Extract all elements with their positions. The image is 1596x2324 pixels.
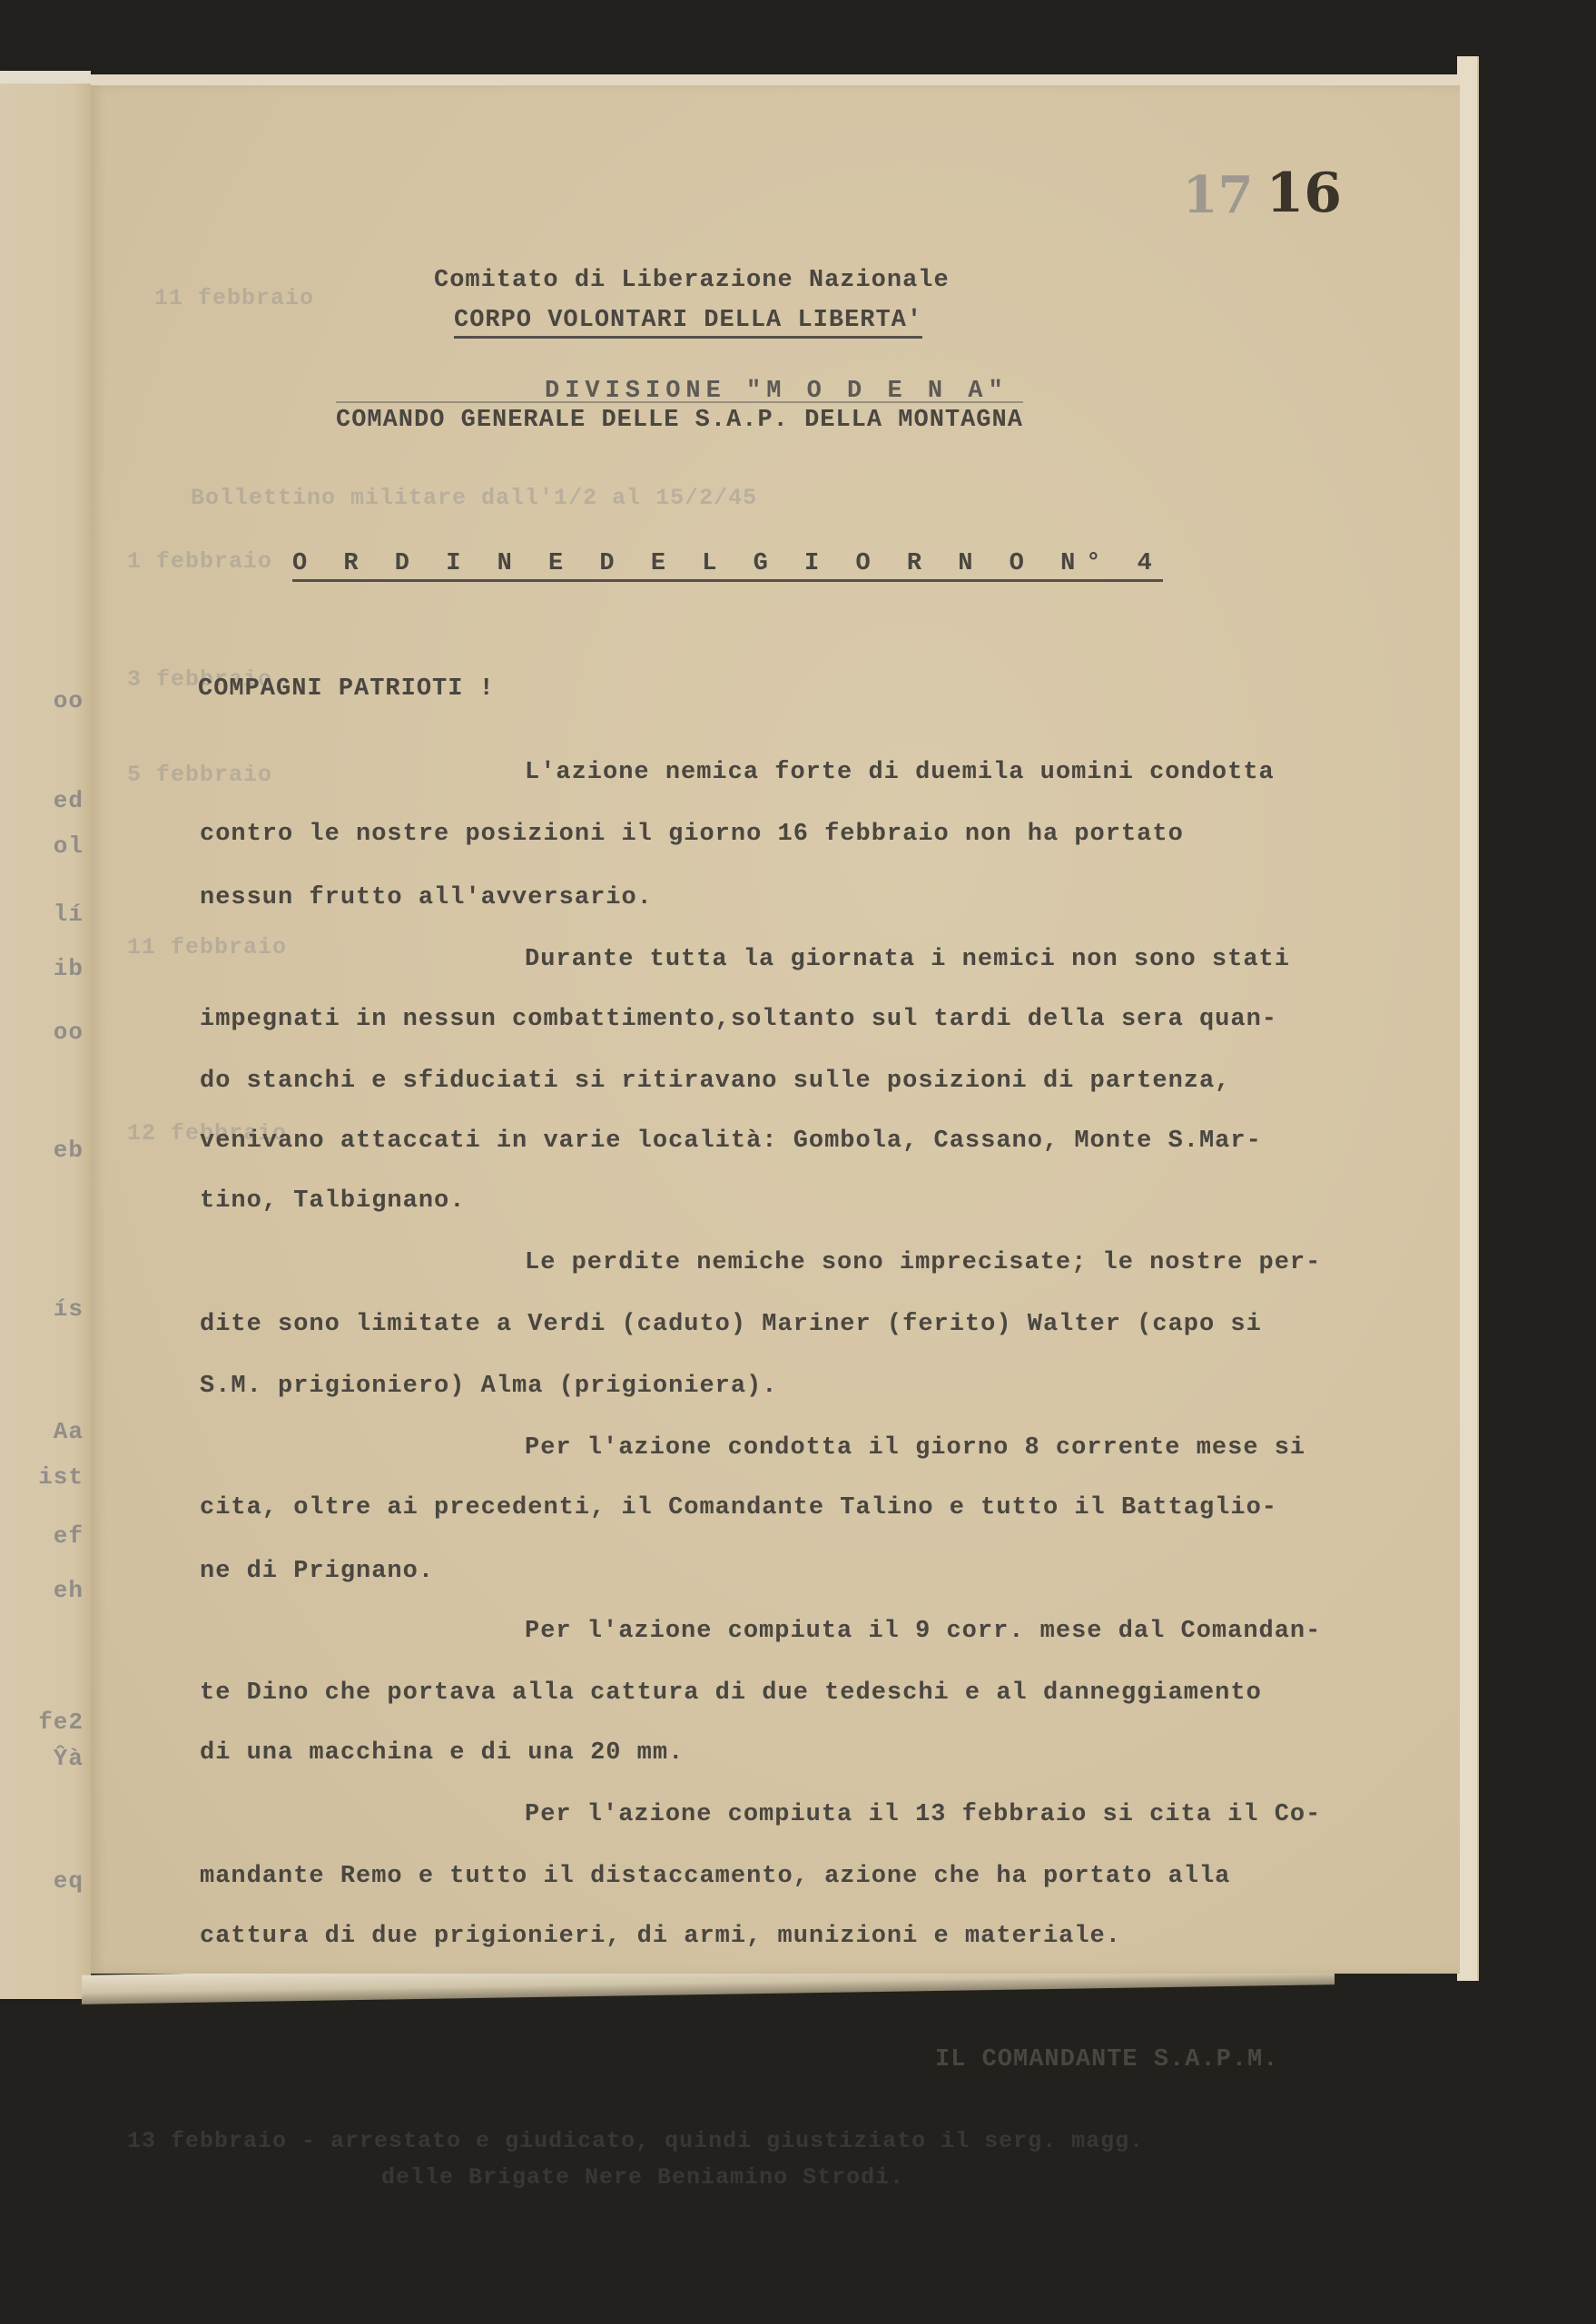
body-line: Per l'azione condotta il giorno 8 corren… <box>525 1434 1305 1462</box>
body-line: do stanchi e sfiduciati si ritiravano su… <box>200 1068 1230 1095</box>
body-line: dite sono limitate a Verdi (caduto) Mari… <box>200 1311 1262 1338</box>
body-line: Per l'azione compiuta il 9 corr. mese da… <box>525 1618 1321 1645</box>
body-line: venivano attaccati in varie località: Go… <box>200 1128 1262 1155</box>
body-line: Per l'azione compiuta il 13 febbraio si … <box>525 1801 1321 1828</box>
page-number: 16 <box>1266 162 1343 225</box>
body-line: te Dino che portava alla cattura di due … <box>200 1679 1262 1707</box>
margin-fragment: Ŷà <box>54 1745 84 1772</box>
header-command: COMANDO GENERALE DELLE S.A.P. DELLA MONT… <box>336 401 1023 434</box>
body-line: di una macchina e di una 20 mm. <box>200 1739 684 1767</box>
body-line: tino, Talbignano. <box>200 1187 465 1215</box>
margin-fragment: Aa <box>54 1418 84 1445</box>
margin-fragment: oo <box>54 687 84 714</box>
margin-fragment: ef <box>54 1522 84 1550</box>
body-line: nessun frutto all'avversario. <box>200 884 653 911</box>
page-number-stamp: 17 16 <box>1183 162 1342 225</box>
body-line: cita, oltre ai precedenti, il Comandante… <box>200 1494 1277 1521</box>
body-line: Durante tutta la giornata i nemici non s… <box>525 946 1290 973</box>
bleed-through-text: 11 febbraio <box>127 934 287 960</box>
body-line: cattura di due prigionieri, di armi, mun… <box>200 1923 1121 1950</box>
page-stack-right-edge <box>1457 56 1479 1981</box>
body-line: L'azione nemica forte di duemila uomini … <box>525 759 1275 786</box>
bleed-through-text: 11 febbraio <box>154 285 314 311</box>
salutation: COMPAGNI PATRIOTI ! <box>198 675 495 703</box>
margin-fragment: ib <box>54 955 84 982</box>
margin-fragment: eq <box>54 1867 84 1895</box>
margin-fragment: ís <box>54 1295 84 1323</box>
header-corps: CORPO VOLONTARI DELLA LIBERTA' <box>454 307 922 339</box>
margin-fragment: ed <box>54 787 84 814</box>
bleed-through-text: 1 febbraio <box>127 548 272 575</box>
body-line: S.M. prigioniero) Alma (prigioniera). <box>200 1373 778 1400</box>
margin-fragment: eb <box>54 1137 84 1164</box>
margin-fragment: eh <box>54 1577 84 1604</box>
faint-page-number: 17 <box>1183 165 1254 225</box>
header-committee: Comitato di Liberazione Nazionale <box>434 267 950 294</box>
previous-page-edge: oo ed ol lí ib oo eb ís Aa ist ef eh fe2… <box>0 71 91 1999</box>
margin-fragment: ist <box>38 1463 84 1491</box>
bleed-through-text: Bollettino militare dall'1/2 al 15/2/45 <box>191 485 757 511</box>
document-page: 11 febbraio Bollettino militare dall'1/2… <box>91 74 1460 1974</box>
body-line: Le perdite nemiche sono imprecisate; le … <box>525 1249 1321 1276</box>
margin-fragment: lí <box>54 901 84 928</box>
body-line: impegnati in nessun combattimento,soltan… <box>200 1006 1277 1033</box>
margin-fragment: oo <box>54 1019 84 1046</box>
margin-fragment: ol <box>54 832 84 860</box>
bleed-through-text: 13 febbraio - arrestato e giudicato, qui… <box>127 2128 1144 2154</box>
signature: IL COMANDANTE S.A.P.M. <box>935 2046 1278 2073</box>
body-line: ne di Prignano. <box>200 1558 434 1585</box>
document-title: O R D I N E D E L G I O R N O N° 4 <box>292 550 1163 582</box>
body-line: mandante Remo e tutto il distaccamento, … <box>200 1863 1230 1890</box>
bleed-through-text: 5 febbraio <box>127 762 272 788</box>
body-line: contro le nostre posizioni il giorno 16 … <box>200 821 1184 848</box>
margin-fragment: fe2 <box>38 1709 84 1736</box>
bleed-through-text: delle Brigate Nere Beniamino Strodi. <box>381 2164 904 2191</box>
